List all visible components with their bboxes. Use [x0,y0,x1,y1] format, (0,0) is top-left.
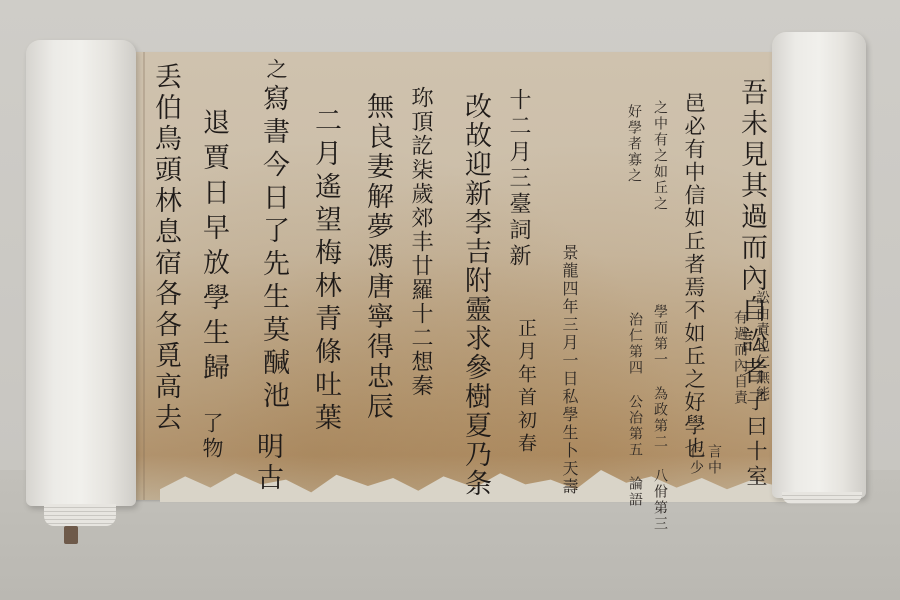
wooden-rod-end [64,526,78,544]
text-column-note: 訟由責也仁無能 [754,290,770,402]
text-column-note: 有過而內自責 [732,310,748,406]
right-roll-end [782,492,862,504]
text-column: 丢伯鳥頭林息宿各各覓高去 [150,62,180,434]
text-column: 明古 [252,432,282,494]
text-column: 正月年首初春 [514,318,538,456]
colophon-date: 景龍四年三月一日私學生卜天壽 [560,244,578,496]
left-scroll-roller [26,40,136,506]
text-column: 十二月三臺詞新 [506,88,530,270]
text-column-note: 學而第一 為政第二 八佾第三 [652,304,668,532]
text-column: 寫書今日了先生莫醎池 [258,84,288,414]
left-roll-end [44,504,116,526]
text-column: 改故迎新李吉附靈求參樹夏乃条 [460,92,490,498]
right-scroll-roller [772,32,866,498]
text-column: 邑必有中信如丘者焉不如丘之好學也 [682,92,706,460]
text-column: 了物 [200,412,224,462]
text-column-note: 仁少 [688,444,704,476]
paper-seam [143,52,145,500]
text-column: 之 [264,58,288,83]
text-column-note: 好學者寡之 [626,104,642,184]
text-column: 珎頂訖柒歲郊丰廿羅十二想秦 [408,86,432,398]
text-column: 退賈日早放學生歸 [198,108,228,388]
text-column: 二月遙望梅林青條吐葉 [310,106,340,436]
text-column: 無良妻解夢馮唐寧得忠辰 [362,92,392,422]
text-column-note: 治仁第四 公冶第五 論語 [627,312,643,508]
text-column-note: 之中有之如丘之 [652,100,668,212]
text-column-note: 言中 [706,444,722,476]
